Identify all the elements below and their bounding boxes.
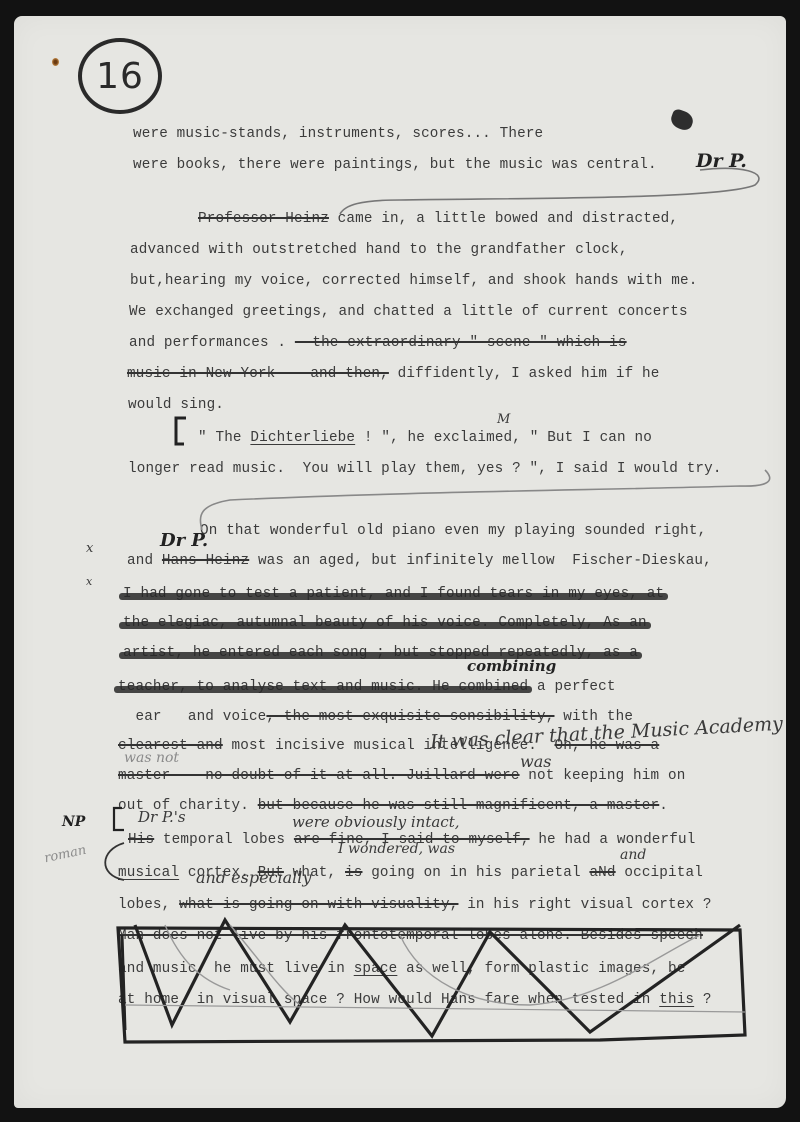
typed-line: On that wonderful old piano even my play… [200,523,706,539]
handwritten-note: Dr P. [160,530,208,551]
typed-line: and Hans Heinz was an aged, but infinite… [127,553,712,569]
typed-line: ear and voice, the most exquisite sensib… [118,709,633,725]
typed-line: and performances . - the extraordinary "… [129,335,627,351]
struck-text: but because he was still magnificent, a … [258,798,660,814]
text-segment: ! ", he exclaimed, " But I can no [355,430,652,446]
typed-line: but,hearing my voice, corrected himself,… [130,273,697,289]
typed-line: were music-stands, instruments, scores..… [133,126,543,142]
handwritten-note: combining [467,657,556,675]
underlined-text: this [659,992,694,1008]
text-segment: he had a wonderful [530,832,696,848]
struck-text: music in New York - and then, [127,366,389,382]
text-segment: would sing. [128,397,224,413]
text-segment: going on in his parietal [362,865,589,881]
typed-line: I had gone to test a patient, and I foun… [123,586,664,602]
text-segment: advanced with outstretched hand to the g… [130,242,628,258]
struck-text: Man does not live by his frontotemporal … [118,928,703,944]
text-segment: lobes, [118,897,179,913]
text-segment: We exchanged greetings, and chatted a li… [129,304,688,320]
struck-text: master - no doubt of it at all. Juillard… [118,768,520,784]
struck-text: aNd [589,865,615,881]
text-segment: in his right visual cortex ? [458,897,711,913]
handwritten-note: was not [124,750,179,766]
heavily-struck-text: artist, he entered each song ; but stopp… [123,645,638,661]
text-segment: a perfect [528,679,615,695]
handwritten-note: NP [62,814,85,830]
typed-line: longer read music. You will play them, y… [128,461,722,477]
text-segment: and performances . [129,335,295,351]
handwritten-note: x [86,575,92,588]
text-segment: as well, form plastic images, be [397,961,685,977]
typed-line: lobes, what is going on with visuality, … [118,897,712,913]
struck-text: Professor Heinz [198,211,329,227]
typed-line: Professor Heinz came in, a little bowed … [198,211,678,227]
typed-line: teacher, to analyse text and music. He c… [118,679,616,695]
handwritten-note: Dr P. [696,150,747,172]
text-segment: and music, he must live in [118,961,354,977]
text-segment: at home, in visual space ? How would Han… [118,992,659,1008]
underlined-text: Dichterliebe [250,430,355,446]
handwritten-note: was [520,752,551,771]
handwritten-note: and [620,847,646,863]
text-segment: temporal lobes [154,832,294,848]
struck-text: - the extraordinary " scene " which is [295,335,627,351]
typed-line: were books, there were paintings, but th… [133,157,657,173]
handwritten-note: M [497,412,510,427]
typed-line: artist, he entered each song ; but stopp… [123,645,638,661]
underlined-text: musical [118,865,179,881]
typed-line: music in New York - and then, diffidentl… [127,366,660,382]
handwritten-note: and especially [196,868,311,887]
struck-text: His [128,832,154,848]
handwritten-note: were obviously intact, [292,813,460,831]
typed-line: master - no doubt of it at all. Juillard… [118,768,685,784]
typed-line: at home, in visual space ? How would Han… [118,992,712,1008]
underlined-text: space [354,961,398,977]
typed-line: We exchanged greetings, and chatted a li… [129,304,688,320]
text-segment: were books, there were paintings, but th… [133,157,657,173]
text-segment: On that wonderful old piano even my play… [200,523,706,539]
struck-text: is [345,865,362,881]
text-segment: was an aged, but infinitely mellow Fisch… [249,553,712,569]
heavily-struck-text: the elegiac, autumnal beauty of his voic… [123,615,647,631]
typed-line: Man does not live by his frontotemporal … [118,928,703,944]
struck-text: , the most exquisite sensibility, [266,709,554,725]
text-segment: . [659,798,668,814]
typed-line: advanced with outstretched hand to the g… [130,242,628,258]
heavily-struck-text: I had gone to test a patient, and I foun… [123,586,664,602]
typed-line: would sing. [128,397,224,413]
text-segment: ? [694,992,711,1008]
page-number-circled: 16 [78,38,162,114]
text-segment: but,hearing my voice, corrected himself,… [130,273,697,289]
struck-text: Hans Heinz [162,553,249,569]
text-segment: longer read music. You will play them, y… [128,461,722,477]
text-segment: diffidently, I asked him if he [389,366,660,382]
struck-text: what is going on with visuality, [179,897,458,913]
typed-line: the elegiac, autumnal beauty of his voic… [123,615,647,631]
handwritten-note: I wondered, was [338,841,455,857]
handwritten-note: Dr P.'s [138,808,186,826]
text-segment: were music-stands, instruments, scores..… [133,126,543,142]
text-segment: ear and voice [118,709,266,725]
text-segment: occipital [616,865,703,881]
heavily-struck-text: teacher, to analyse text and music. He c… [118,679,528,695]
paper-stain [52,58,59,66]
text-segment: " The [198,430,250,446]
handwritten-note: x [86,541,93,556]
text-segment: and [127,553,162,569]
typed-line: and music, he must live in space as well… [118,961,685,977]
typed-line: " The Dichterliebe ! ", he exclaimed, " … [198,430,652,446]
text-segment: came in, a little bowed and distracted, [329,211,678,227]
ink-smudge [669,108,696,132]
typed-line: out of charity. but because he was still… [118,798,668,814]
page-number: 16 [96,56,144,97]
